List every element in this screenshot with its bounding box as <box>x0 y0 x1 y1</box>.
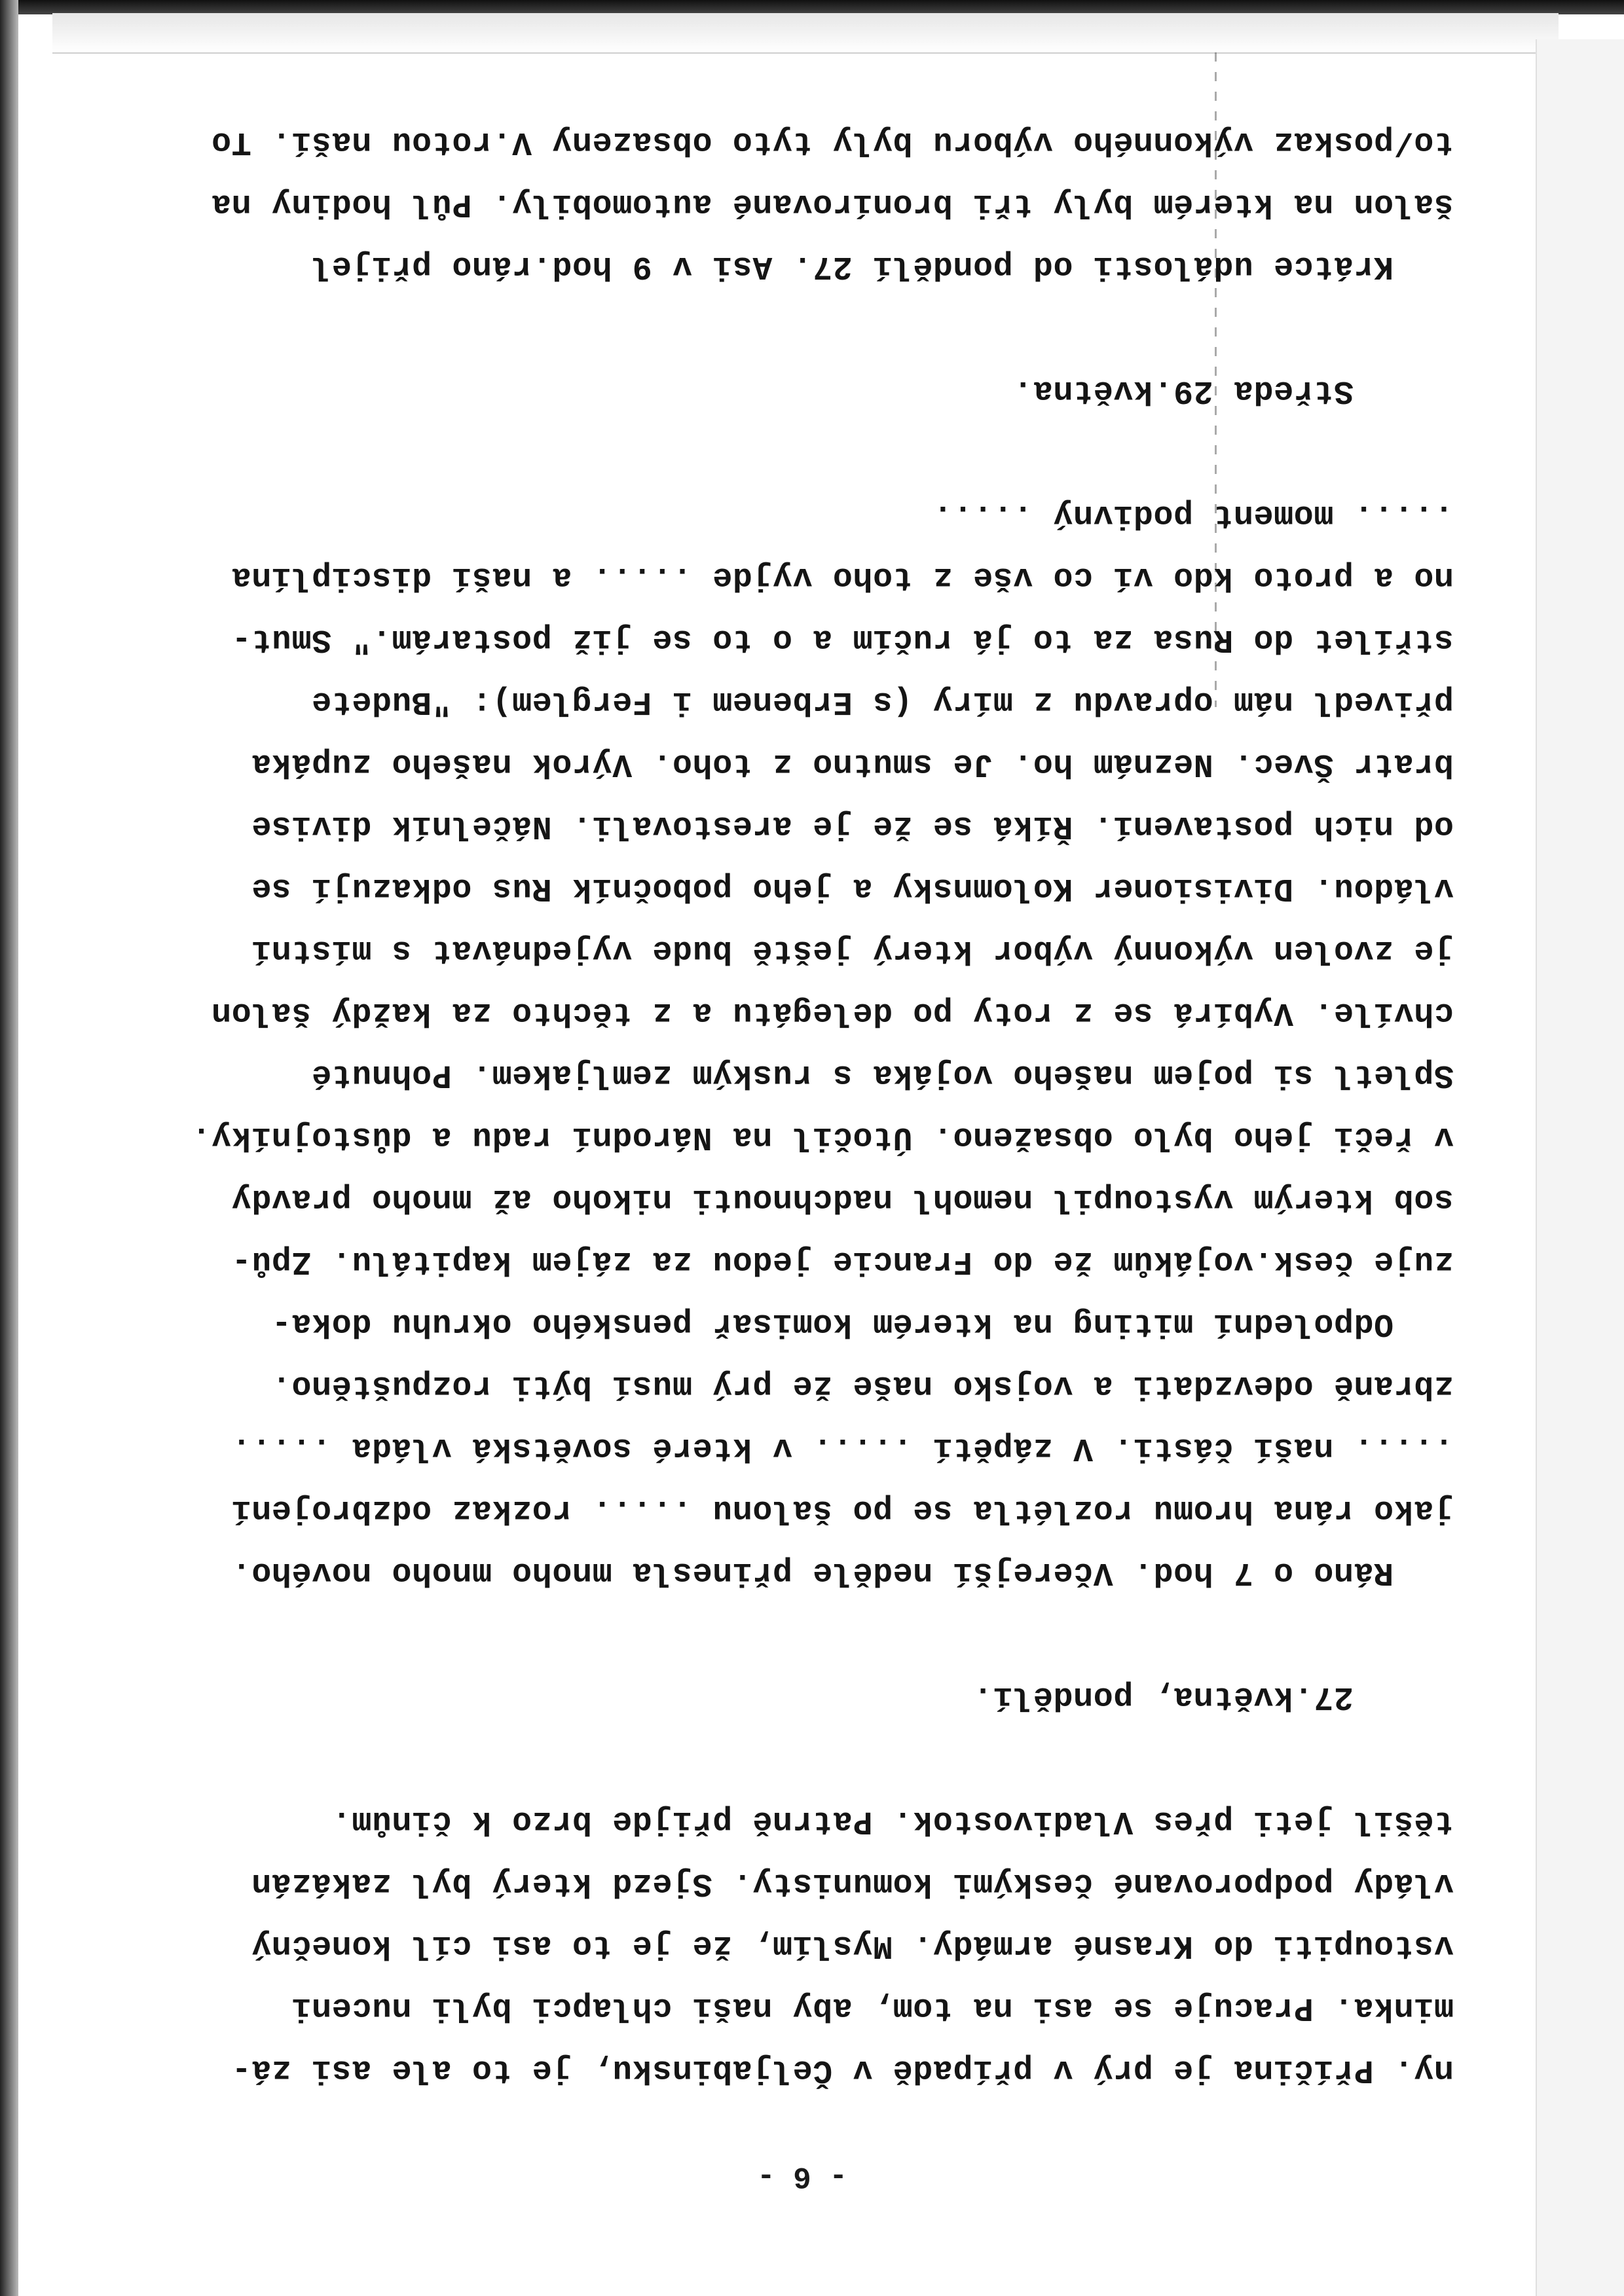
typewritten-page: - 6 - ny. Příčina je prý v případě v Čel… <box>151 105 1454 2219</box>
text-line: vlády podporované českými komunisty. Sje… <box>251 1865 1454 1902</box>
text-line: to/poskaz výkonného výboru byly tyto obs… <box>211 123 1454 160</box>
scan-border-top <box>0 0 1624 14</box>
page-number: - 6 - <box>151 2159 1454 2193</box>
text-line: zbraně odevzdati a vojsko naše že prý mu… <box>271 1367 1454 1404</box>
text-line: ny. Příčina je prý v případě v Čeljabins… <box>231 2051 1454 2088</box>
page-fold-edge <box>52 13 1559 54</box>
text-line: vládou. Divisioner Kolomnsky a jeho pobo… <box>251 869 1454 907</box>
text-line: Krátce události od pondělí 27. Asi v 9 h… <box>312 247 1454 285</box>
text-line: Spletl si pojem našeho vojáka s ruským z… <box>312 1056 1454 1093</box>
text-line: přivedl nám opravdu z míry (s Erbenem i … <box>312 683 1454 720</box>
text-line: šalon na kterém byly tři bronírované aut… <box>211 185 1454 223</box>
text-line: ..... moment podivný ..... <box>932 496 1454 534</box>
text-line: Středa 29.května. <box>1013 372 1454 409</box>
text-line: jako rána hromu rozlétla se po šalonu ..… <box>231 1491 1454 1529</box>
text-line: vstoupiti do Krasné armády. Myslím, že j… <box>251 1927 1454 1964</box>
page-body: - 6 - ny. Příčina je prý v případě v Čel… <box>151 105 1454 2219</box>
text-line: v řeči jeho bylo obsaženo. Útočil na Nár… <box>191 1118 1454 1156</box>
underlying-page-edge <box>1536 39 1624 2296</box>
text-line: sob kterým vystoupil nemohl nadchnouti n… <box>231 1180 1454 1218</box>
text-line: Odpolední miting na kterém komisař pensk… <box>271 1305 1454 1342</box>
text-line: ..... naší části. V zápětí ..... v které… <box>231 1429 1454 1467</box>
text-line: no a proto kdo ví co vše z toho vyjde ..… <box>231 558 1454 596</box>
text-line: je zvolen výkonný výbor který ještě bude… <box>251 932 1454 969</box>
text-line: Ráno o 7 hod. Včerejší neděle přinesla m… <box>231 1554 1454 1591</box>
scan-border-left <box>0 0 18 2296</box>
text-line: těšil jeti přes Vladivostok. Patrně přij… <box>331 1802 1454 1840</box>
text-line: střílet do Rusa za to já ručím a o to se… <box>231 621 1454 658</box>
text-line: 27.května, pondělí. <box>972 1678 1454 1715</box>
text-line: bratr Švec. Neznám ho. Je smutno z toho.… <box>251 745 1454 782</box>
text-line: od nich postavení. Říká se že je arestov… <box>251 807 1454 845</box>
text-line: zuje česk.vojákům že do Francie jedou za… <box>231 1243 1454 1280</box>
text-line: chvíle. Vybírá se z roty po delegátu a z… <box>211 994 1454 1031</box>
text-line: minka. Pracuje se asi na tom, aby naši c… <box>291 1989 1454 2026</box>
